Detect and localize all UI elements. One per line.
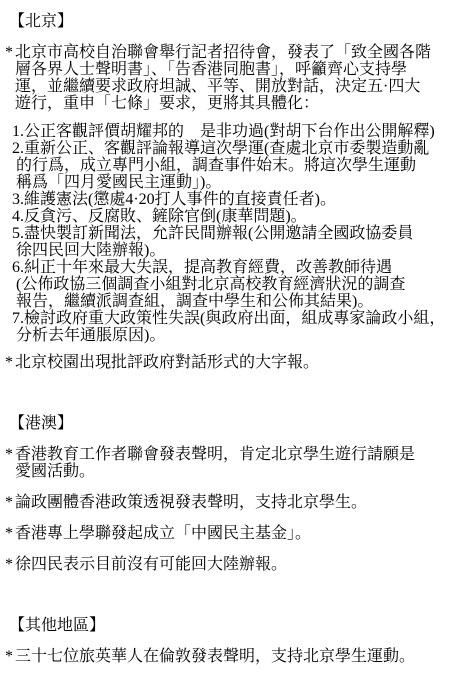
bullet-marker: * (5, 44, 13, 61)
bullet-paragraph: *徐四民表示目前沒有可能回大陸辦報。 (15, 556, 455, 573)
numbered-item-5: 5.盡快製訂新聞法，允許民間辦報(公開邀請全國政協委員 徐四民回大陸辦報)。 (16, 225, 455, 259)
bullet-text: 論政團體香港政策透視發表聲明，支持北京學生。 (15, 494, 367, 511)
numbered-item-2: 2.重新公正、客觀評論報導這次學運(查處北京市委製造動亂 的行爲，成立專門小組，… (16, 140, 455, 191)
bullet-paragraph: *論政團體香港政策透視發表聲明，支持北京學生。 (15, 494, 455, 511)
bullet-text: 北京市高校自治聯會舉行記者招待會，發表了「致全國各階 層各界人士聲明書」、「告香… (15, 44, 431, 112)
document-page: 【北京】 *北京市高校自治聯會舉行記者招待會，發表了「致全國各階 層各界人士聲明… (0, 0, 455, 665)
section-hongkong-macau: 【港澳】 *香港教育工作者聯會發表聲明，肯定北京學生遊行請願是 愛國活動。 *論… (0, 415, 455, 573)
bullet-text: 香港專上學聯發起成立「中國民主基金」。 (15, 525, 311, 542)
section-other-regions: 【其他地區】 *三十七位旅英華人在倫敦發表聲明，支持北京學生運動。 (0, 617, 455, 665)
bullet-text: 香港教育工作者聯會發表聲明，肯定北京學生遊行請願是 愛國活動。 (15, 446, 415, 480)
bullet-text: 三十七位旅英華人在倫敦發表聲明，支持北京學生運動。 (15, 648, 415, 665)
bullet-marker: * (5, 354, 13, 371)
bullet-marker: * (5, 556, 13, 573)
bullet-marker: * (5, 525, 13, 542)
bullet-marker: * (5, 446, 13, 463)
bullet-text: 北京校園出現批評政府對話形式的大字報。 (15, 354, 319, 371)
bullet-marker: * (5, 648, 13, 665)
numbered-item-1: 1.公正客觀評價胡耀邦的 是非功過(對胡下台作出公開解釋) (16, 123, 455, 140)
section-heading-beijing: 【北京】 (9, 13, 455, 30)
numbered-list: 1.公正客觀評價胡耀邦的 是非功過(對胡下台作出公開解釋) 2.重新公正、客觀評… (16, 123, 455, 344)
bullet-marker: * (5, 494, 13, 511)
section-heading-hongkong-macau: 【港澳】 (9, 415, 455, 432)
numbered-item-4: 4.反貪污、反腐敗、鏟除官倒(康華問題)。 (16, 208, 455, 225)
bullet-text: 徐四民表示目前沒有可能回大陸辦報。 (15, 556, 287, 573)
bullet-paragraph: *香港教育工作者聯會發表聲明，肯定北京學生遊行請願是 愛國活動。 (15, 446, 455, 480)
numbered-item-6: 6.糾正十年來最大失誤，提高教育經費，改善教師待遇 (公佈政協三個調查小組對北京… (16, 259, 455, 310)
bullet-paragraph: *北京校園出現批評政府對話形式的大字報。 (15, 354, 455, 371)
numbered-item-3: 3.維護憲法(懲處4·20打人事件的直接責任者)。 (16, 191, 455, 208)
bullet-paragraph: *北京市高校自治聯會舉行記者招待會，發表了「致全國各階 層各界人士聲明書」、「告… (15, 44, 455, 112)
bullet-paragraph: *香港專上學聯發起成立「中國民主基金」。 (15, 525, 455, 542)
section-heading-other-regions: 【其他地區】 (9, 617, 455, 634)
numbered-item-7: 7.檢討政府重大政策性失誤(與政府出面，組成專家論政小組， 分析去年通脹原因)。 (16, 310, 455, 344)
section-beijing: 【北京】 *北京市高校自治聯會舉行記者招待會，發表了「致全國各階 層各界人士聲明… (0, 13, 455, 371)
bullet-paragraph: *三十七位旅英華人在倫敦發表聲明，支持北京學生運動。 (15, 648, 455, 665)
